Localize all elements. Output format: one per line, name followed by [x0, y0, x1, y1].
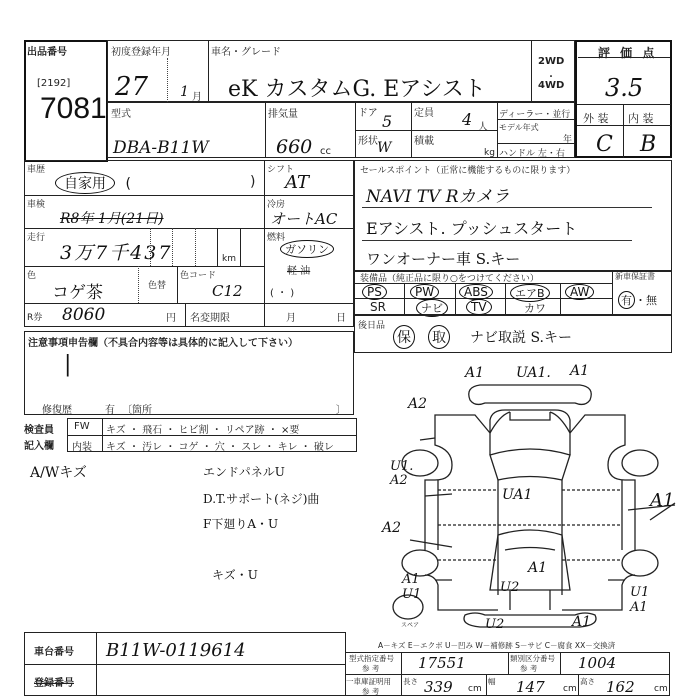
- inspection-value: R8年 1月(21日): [60, 208, 164, 228]
- recycle-amount: 8060: [62, 305, 105, 325]
- usage-label: 車歴: [27, 162, 45, 175]
- handle-label: ハンドル 左・右: [499, 146, 565, 159]
- mark-front-bumper-center: UA1.: [516, 365, 551, 381]
- displacement-value: 660: [276, 136, 312, 158]
- doors-value: 5: [382, 112, 392, 131]
- lot-label: 出品番号: [27, 43, 67, 58]
- usage-paren-close: ): [250, 174, 255, 190]
- inspector-note-left: A/Wキズ: [30, 462, 87, 482]
- mark-left-fender: A2: [408, 396, 427, 412]
- spare-label: スペア: [401, 620, 419, 629]
- type-designation: 17551: [418, 654, 466, 672]
- notes-label: 注意事項申告欄（不具合内容等は具体的に記入して下さい）: [28, 334, 298, 349]
- type-designation-sub: 参 考: [362, 663, 379, 674]
- repair-label: 修復歴: [42, 401, 72, 416]
- category-sub: 参 考: [520, 663, 537, 674]
- equip-tv: TV: [466, 299, 492, 315]
- mark-rear-left-quarter: A1 U1: [402, 572, 421, 602]
- width-unit: cm: [563, 684, 577, 694]
- sales-point-line-2: Eアシスト. プッシュスタート: [366, 216, 577, 239]
- equip-abs: ABS: [459, 284, 493, 300]
- mark-roof: UA1: [502, 487, 532, 503]
- fuel-gas: ガソリン: [280, 240, 334, 258]
- name-change-day: 日: [336, 309, 346, 324]
- lot-number: 7081: [40, 92, 107, 126]
- capacity-value: 4: [462, 110, 472, 129]
- score-label: 評 価 点: [598, 44, 657, 61]
- length: 339: [424, 678, 453, 696]
- warranty-yes: 有: [618, 291, 635, 309]
- equip-sr: SR: [370, 300, 386, 314]
- mark-trunk: A1: [528, 560, 547, 576]
- model-year-label: モデル年式: [499, 122, 539, 133]
- after-items-label: 後日品: [358, 318, 385, 331]
- mark-right-side: A1: [650, 490, 674, 511]
- cert-sub: 参 考: [362, 686, 379, 697]
- color-code-label: 色コード: [180, 268, 216, 281]
- mileage-value: 3万7千437: [60, 238, 172, 265]
- equip-pw: PW: [410, 284, 439, 300]
- fuel-diesel: 軽 油: [287, 262, 310, 277]
- model-label: 型式: [111, 105, 131, 120]
- category: 1004: [578, 654, 616, 672]
- after-item-2: 取: [428, 325, 450, 349]
- sales-point-line-1: NAVI TV Rカメラ: [366, 182, 510, 207]
- car-name-label: 車名・グレード: [211, 43, 281, 58]
- length-label: 長さ: [403, 676, 418, 687]
- shape-label: 形状: [358, 132, 378, 147]
- warranty-no: 無: [646, 294, 657, 307]
- equip-ps: PS: [362, 284, 387, 300]
- car-name: eK カスタムG. Eアシスト: [228, 72, 486, 103]
- fuel-other: ( ・ ): [270, 284, 294, 299]
- notes-content: |: [64, 352, 71, 377]
- mark-front-bumper-left: A1: [465, 365, 484, 381]
- mileage-label: 走行: [27, 230, 45, 243]
- capacity-label: 定員: [414, 104, 434, 119]
- length-unit: cm: [468, 684, 482, 694]
- width: 147: [516, 678, 545, 696]
- lot-code: [2192]: [37, 78, 70, 89]
- score-value: 3.5: [605, 74, 643, 102]
- damage-legend: A－キズ E－エクボ U－凹み W－補修跡 S－サビ C－腐食 XX－交換済: [378, 640, 615, 651]
- mark-front-bumper-right: A1: [570, 363, 589, 379]
- shift-value: AT: [285, 172, 309, 193]
- displacement-unit: cc: [320, 146, 331, 157]
- load-unit: kg: [484, 148, 495, 158]
- mark-rear-right-quarter: U1 A1: [630, 585, 649, 615]
- interior-grade: B: [640, 132, 656, 157]
- interior-items: キズ ・ 汚レ ・ コゲ ・ 穴 ・ スレ ・ キレ ・ 破レ: [106, 438, 334, 453]
- month-unit: 月: [192, 88, 202, 103]
- inspection-label: 車検: [27, 197, 45, 210]
- interior-label: 内 装: [628, 110, 654, 126]
- drive-2wd: 2WD: [538, 56, 564, 67]
- after-items-text: ナビ取説 S.キー: [470, 327, 572, 347]
- exterior-label: 外 装: [583, 110, 609, 126]
- load-label: 積載: [414, 132, 434, 147]
- fw-label: FW: [74, 421, 90, 432]
- recycle-unit: 円: [166, 309, 176, 324]
- mark-tail: U2: [500, 580, 519, 595]
- recycle-label: R券: [27, 310, 42, 323]
- height: 162: [606, 678, 635, 696]
- mark-rear-bumper-left: U2: [485, 617, 504, 632]
- height-unit: cm: [654, 684, 668, 694]
- shape-value: W: [377, 140, 391, 156]
- displacement-label: 排気量: [268, 105, 298, 120]
- color-code-value: C12: [212, 282, 243, 300]
- repair-value: 有: [105, 401, 115, 416]
- mark-left-front-door: U1. A2: [390, 460, 413, 488]
- warranty-value: 有・無: [618, 291, 657, 309]
- interior-inspect-label: 内装: [72, 438, 92, 453]
- inspector-label-2: 記入欄: [24, 437, 54, 452]
- first-reg-month: 1: [180, 84, 189, 100]
- first-reg-year: 27: [115, 72, 148, 102]
- inspector-note-2: D.T.サポート(ネジ)曲: [203, 490, 319, 507]
- repair-location: 〔箇所: [122, 401, 152, 416]
- color-label: 色: [27, 268, 36, 281]
- height-label: 高さ: [580, 676, 595, 687]
- model-value: DBA-B11W: [113, 138, 209, 158]
- mileage-unit: km: [222, 254, 236, 264]
- doors-label: ドア: [358, 104, 378, 119]
- fw-items: キズ ・ 飛石 ・ ヒビ割 ・ リペア跡 ・ ×要: [106, 421, 299, 436]
- reg-label: 登録番号: [34, 674, 74, 689]
- chassis-label: 車台番号: [34, 643, 74, 658]
- usage-value: 自家用 (: [55, 172, 131, 194]
- first-reg-label: 初度登録年月: [111, 43, 171, 58]
- name-change-month: 月: [286, 309, 296, 324]
- sales-points-label: セールスポイント（正常に機能するものに限ります）: [360, 163, 575, 176]
- ac-value: オートAC: [270, 208, 337, 229]
- sales-point-line-3: ワンオーナー車 S.キー: [366, 248, 520, 269]
- equip-leather: カワ: [524, 300, 546, 316]
- width-label: 幅: [488, 676, 496, 687]
- inspector-label-1: 検査員: [24, 421, 54, 436]
- color-change-label: 色替: [148, 278, 166, 291]
- name-change-label: 名変期限: [190, 309, 230, 324]
- inspector-note-4: キズ・U: [212, 566, 258, 583]
- after-item-1: 保: [393, 325, 415, 349]
- mark-rear-bumper-right: A1: [572, 614, 591, 630]
- usage-circled: 自家用: [55, 172, 115, 194]
- color-value: コゲ茶: [52, 278, 103, 303]
- exterior-grade: C: [596, 132, 613, 157]
- inspector-note-1: エンドパネルU: [203, 463, 285, 480]
- repair-close: 〕: [336, 401, 346, 416]
- drive-4wd: 4WD: [538, 80, 564, 91]
- mark-left-rear-door: A2: [382, 520, 401, 536]
- chassis-number: B11W-0119614: [106, 640, 246, 661]
- warranty-label: 新車保証書: [615, 271, 655, 282]
- equip-aw: AW: [565, 284, 594, 300]
- inspector-note-3: F下廻りA・U: [203, 515, 278, 532]
